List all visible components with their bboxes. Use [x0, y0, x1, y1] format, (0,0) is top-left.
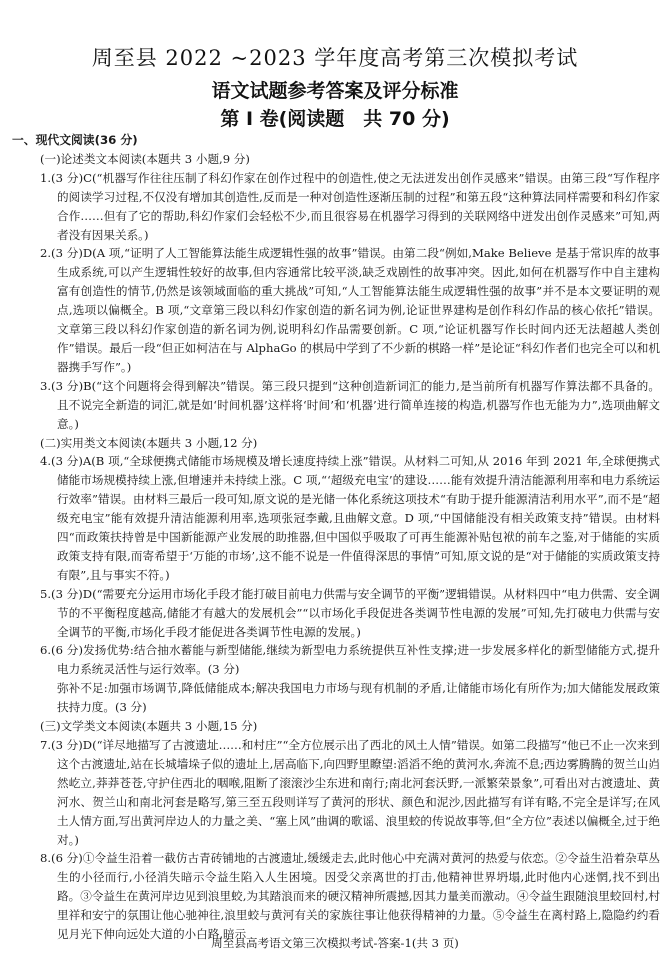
- subsection-heading-argumentative: (一)论述类文本阅读(本题共 3 小题,9 分): [12, 150, 660, 169]
- subsection-heading-practical: (二)实用类文本阅读(本题共 3 小题,12 分): [12, 434, 660, 453]
- answer-q8: 8.(6 分)①令益生沿着一截仿古青砖铺地的古渡遗址,缓缓走去,此时他心中充满对…: [12, 849, 660, 944]
- section-heading-modern-reading: 一、现代文阅读(36 分): [12, 131, 660, 150]
- answer-q7: 7.(3 分)D(“详尽地描写了古渡遗址……和村庄”“全方位展示出了西北的风土人…: [12, 736, 660, 849]
- page-footer: 周至县高考语文第三次模拟考试-答案-1(共 3 页): [0, 935, 670, 951]
- answer-content: 一、现代文阅读(36 分) (一)论述类文本阅读(本题共 3 小题,9 分) 1…: [12, 131, 660, 944]
- answer-q1: 1.(3 分)C(“机器写作往往压制了科幻作家在创作过程中的创造性,使之无法迸发…: [12, 169, 660, 245]
- answer-q6-part-b: 弥补不足:加强市场调节,降低储能成本;解决我国电力市场与现有机制的矛盾,让储能市…: [12, 679, 660, 717]
- answer-q3: 3.(3 分)B(“这个问题将会得到解决”错误。第三段只提到“这种创造新词汇的能…: [12, 377, 660, 434]
- answer-q2: 2.(3 分)D(A 项,“证明了人工智能算法能生成逻辑性强的故事”错误。由第二…: [12, 244, 660, 376]
- answer-q5: 5.(3 分)D(“需要充分运用市场化手段才能打破目前电力供需与安全调节的平衡”…: [12, 585, 660, 642]
- exam-title: 周至县 2022 ~2023 学年度高考第三次模拟考试: [0, 42, 670, 72]
- subsection-heading-literary: (三)文学类文本阅读(本题共 3 小题,15 分): [12, 717, 660, 736]
- answer-key-page: 周至县 2022 ~2023 学年度高考第三次模拟考试 语文试题参考答案及评分标…: [0, 0, 670, 966]
- answer-q4: 4.(3 分)A(B 项,“全球便携式储能市场规模及增长速度持续上涨”错误。从材…: [12, 452, 660, 584]
- document-subtitle: 语文试题参考答案及评分标准: [0, 76, 670, 103]
- volume-heading: 第 Ⅰ 卷(阅读题 共 70 分): [0, 104, 670, 131]
- answer-q6-part-a: 6.(6 分)发扬优势:结合抽水蓄能与新型储能,继续为新型电力系统提供互补性支撑…: [12, 641, 660, 679]
